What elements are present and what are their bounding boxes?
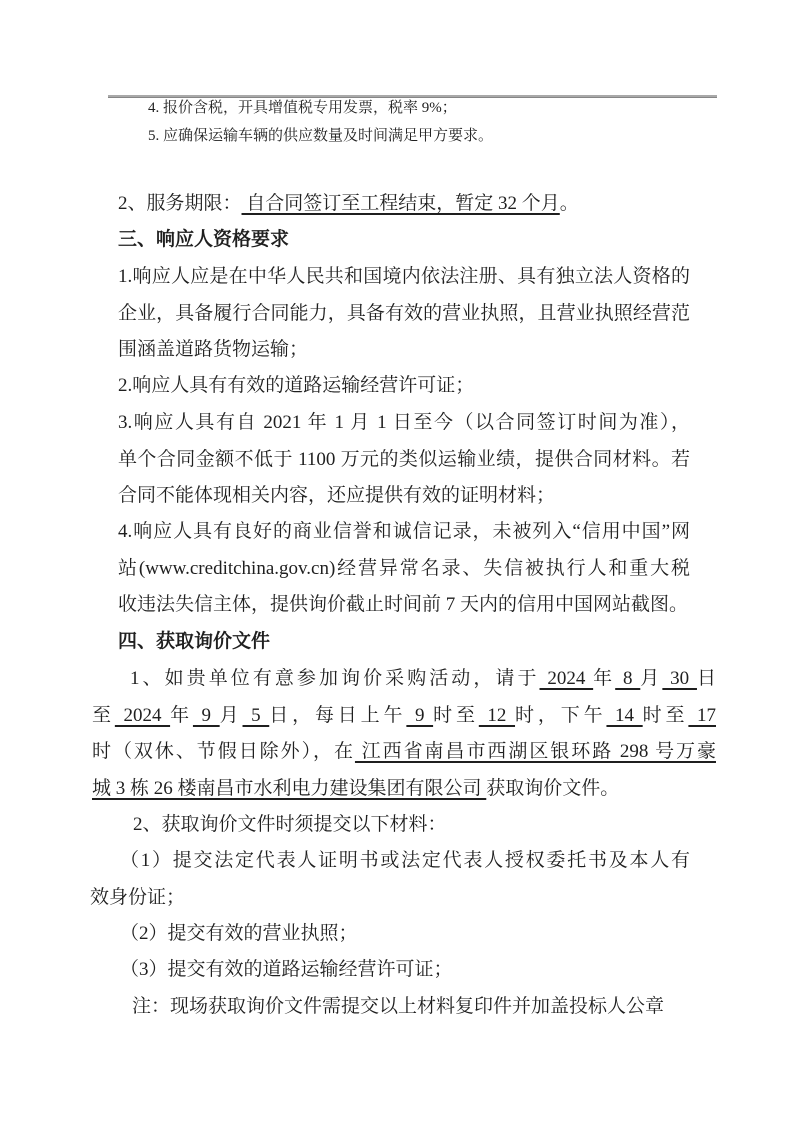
section-heading-obtain-documents: 四、获取询价文件 — [118, 624, 270, 661]
qualification-item-3: 3.响应人具有自 2021 年 1 月 1 日至今（以合同签订时间为准），单个合… — [118, 405, 690, 515]
clause-5-vehicle-supply: 5. 应确保运输车辆的供应数量及时间满足甲方要求。 — [148, 122, 493, 150]
header-clause-list: 4. 报价含税，开具增值税专用发票，税率 9%； 5. 应确保运输车辆的供应数量… — [148, 94, 493, 150]
qualification-item-4: 4.响应人具有良好的商业信誉和诚信记录，未被列入“信用中国”网站(www.cre… — [118, 514, 690, 624]
section-heading-qualifications: 三、响应人资格要求 — [118, 222, 289, 259]
clause-4-tax: 4. 报价含税，开具增值税专用发票，税率 9%； — [148, 94, 493, 122]
document-page: 4. 报价含税，开具增值税专用发票，税率 9%； 5. 应确保运输车辆的供应数量… — [0, 0, 800, 1132]
paragraph-materials-intro: 2、获取询价文件时须提交以下材料： — [92, 807, 447, 844]
material-item-3: （3）提交有效的道路运输经营许可证； — [90, 952, 453, 989]
material-item-2: （2）提交有效的营业执照； — [90, 916, 358, 953]
paragraph-obtain-documents: 1、如贵单位有意参加询价采购活动，请于 2024 年 8 月 30 日至 202… — [92, 661, 716, 807]
paragraph-note: 注：现场获取询价文件需提交以上材料复印件并加盖投标人公章 — [90, 989, 664, 1026]
clause-service-period: 2、服务期限： 自合同签订至工程结束，暂定 32 个月。 — [118, 186, 690, 223]
material-item-1: （1）提交法定代表人证明书或法定代表人授权委托书及本人有效身份证； — [90, 843, 690, 916]
qualification-item-2: 2.响应人具有有效的道路运输经营许可证； — [118, 368, 690, 405]
qualification-item-1: 1.响应人应是在中华人民共和国境内依法注册、具有独立法人资格的企业，具备履行合同… — [118, 259, 690, 369]
